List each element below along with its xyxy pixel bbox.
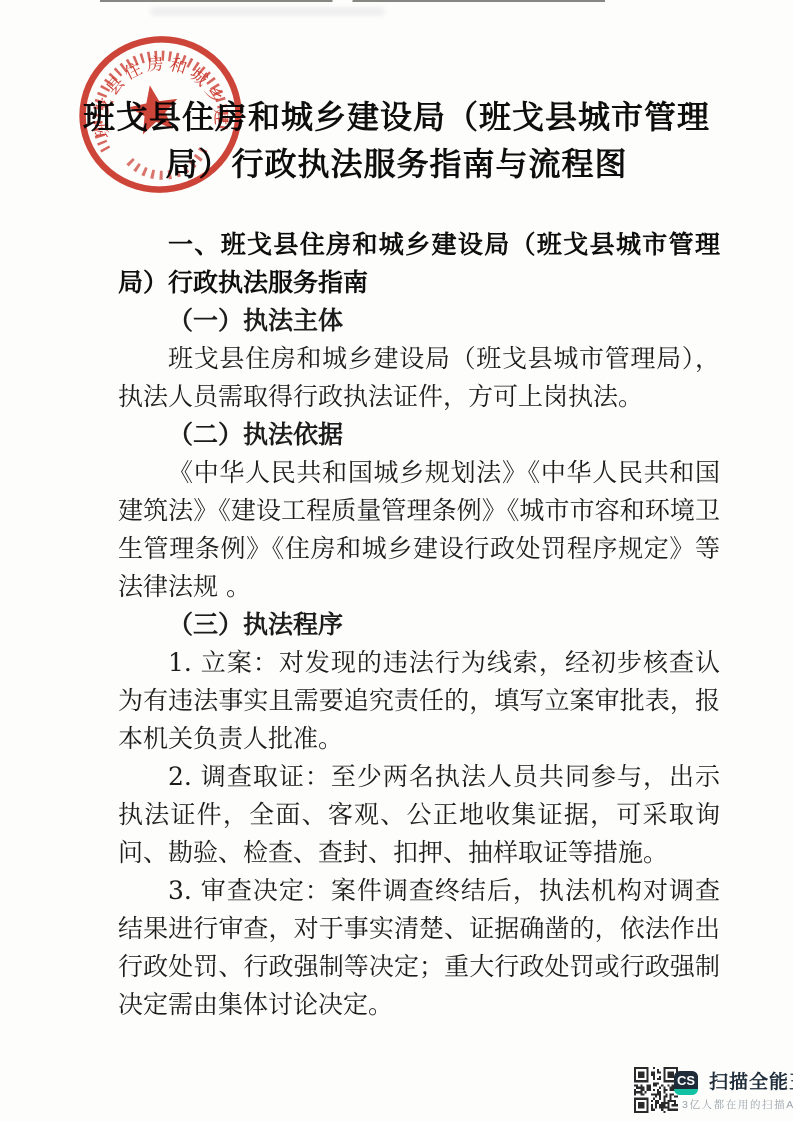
subsection-heading-2: （二）执法依据: [118, 416, 720, 454]
scan-edge-artifact: [100, 0, 605, 2]
subsection-heading-1: （一）执法主体: [118, 302, 720, 340]
camscanner-brand-name: 扫描全能王: [709, 1071, 793, 1095]
paragraph-enforcement-subject: 班戈县住房和城乡建设局（班戈县城市管理局），执法人员需取得行政执法证件，方可上岗…: [118, 340, 720, 416]
document-title-line-2: 局）行政执法服务指南与流程图: [0, 141, 793, 188]
qr-code-icon: [634, 1067, 678, 1113]
bleed-through-artifact: [150, 7, 385, 16]
paragraph-legal-basis: 《中华人民共和国城乡规划法》《中华人民共和国建筑法》《建设工程质量管理条例》《城…: [118, 454, 720, 606]
paragraph-step-3-review: 3. 审查决定：案件调查终结后，执法机构对调查结果进行审查，对于事实清楚、证据确…: [118, 872, 720, 1024]
paragraph-step-2-investigation: 2. 调查取证：至少两名执法人员共同参与，出示执法证件，全面、客观、公正地收集证…: [118, 758, 720, 872]
document-body: 一、班戈县住房和城乡建设局（班戈县城市管理局）行政执法服务指南 （一）执法主体 …: [118, 226, 720, 1024]
camscanner-logo-icon: CS: [674, 1071, 698, 1095]
scanned-document-page: 班戈县住房和城乡建设局 班戈县住房和城乡建设局（班戈县城市管理 局）行政执法服务…: [0, 0, 793, 1122]
section-heading: 一、班戈县住房和城乡建设局（班戈县城市管理局）行政执法服务指南: [118, 226, 720, 302]
subsection-heading-3: （三）执法程序: [118, 606, 720, 644]
document-title-line-1: 班戈县住房和城乡建设局（班戈县城市管理: [0, 94, 793, 141]
paragraph-step-1-filing: 1. 立案：对发现的违法行为线索，经初步核查认为有违法事实且需要追究责任的，填写…: [118, 644, 720, 758]
document-title: 班戈县住房和城乡建设局（班戈县城市管理 局）行政执法服务指南与流程图: [0, 94, 793, 188]
camscanner-tagline: 3亿人都在用的扫描App: [682, 1097, 793, 1112]
